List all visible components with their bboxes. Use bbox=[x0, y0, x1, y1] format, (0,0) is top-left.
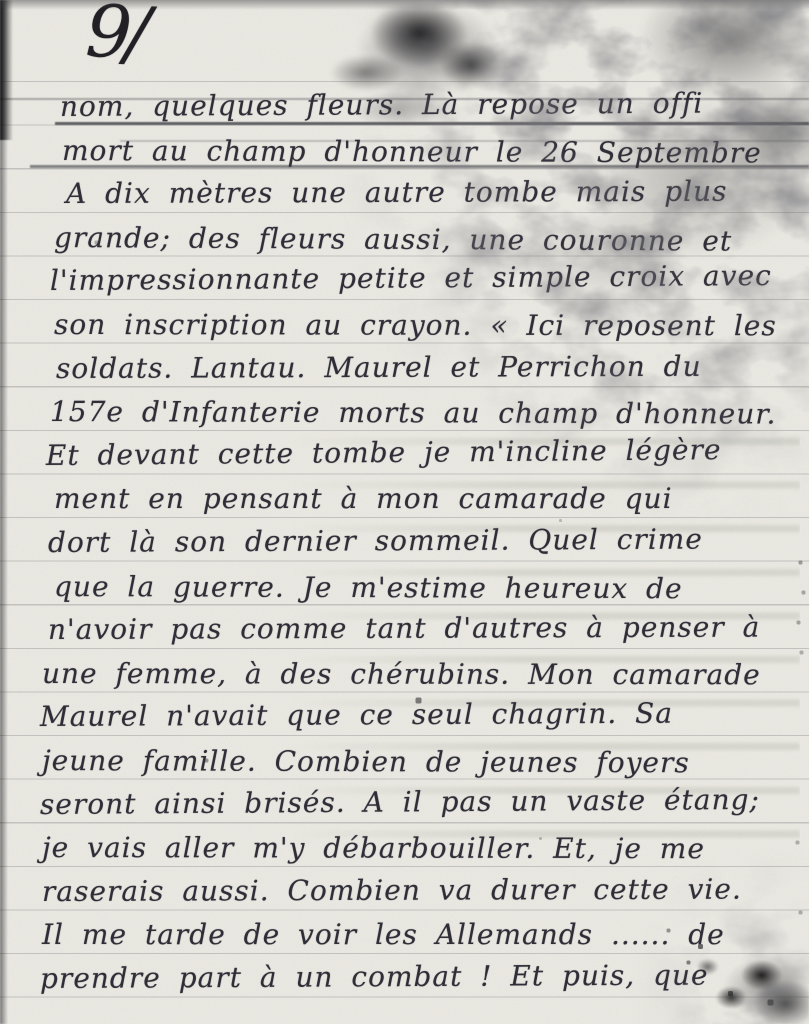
manuscript-line: Maurel n'avait que ce seul chagrin. Sa bbox=[40, 696, 809, 744]
page-number: 9/ bbox=[84, 0, 146, 75]
manuscript-line: ment en pensant à mon camarade qui bbox=[54, 482, 809, 526]
manuscript-line: soldats. Lantau. Maurel et Perrichon du bbox=[56, 349, 809, 395]
scan-edge-left bbox=[0, 0, 8, 1024]
ink-speckles bbox=[0, 0, 1, 1]
manuscript-line: que la guerre. Je m'estime heureux de bbox=[54, 570, 809, 616]
manuscript-line: Et devant cette tombe je m'incline légèr… bbox=[46, 432, 809, 482]
manuscript-line: raserais aussi. Combien va durer cette v… bbox=[42, 872, 809, 918]
scanned-manuscript-page: 9/ nom, quelques fleurs. Là repose un of… bbox=[0, 0, 809, 1024]
manuscript-line: dort là son dernier sommeil. Quel crime bbox=[48, 522, 809, 570]
manuscript-line: je vais aller m'y débarbouiller. Et, je … bbox=[42, 831, 809, 876]
ink-blot-bottom-right bbox=[640, 922, 809, 1024]
ink-stain-top-right bbox=[505, 0, 809, 325]
manuscript-line: seront ainsi brisés. A il pas un vaste é… bbox=[40, 782, 809, 831]
manuscript-line: une femme, à des chérubins. Mon camarade bbox=[42, 657, 809, 702]
manuscript-line: n'avoir pas comme tant d'autres à penser… bbox=[48, 610, 809, 656]
scan-edge-top bbox=[0, 0, 809, 10]
